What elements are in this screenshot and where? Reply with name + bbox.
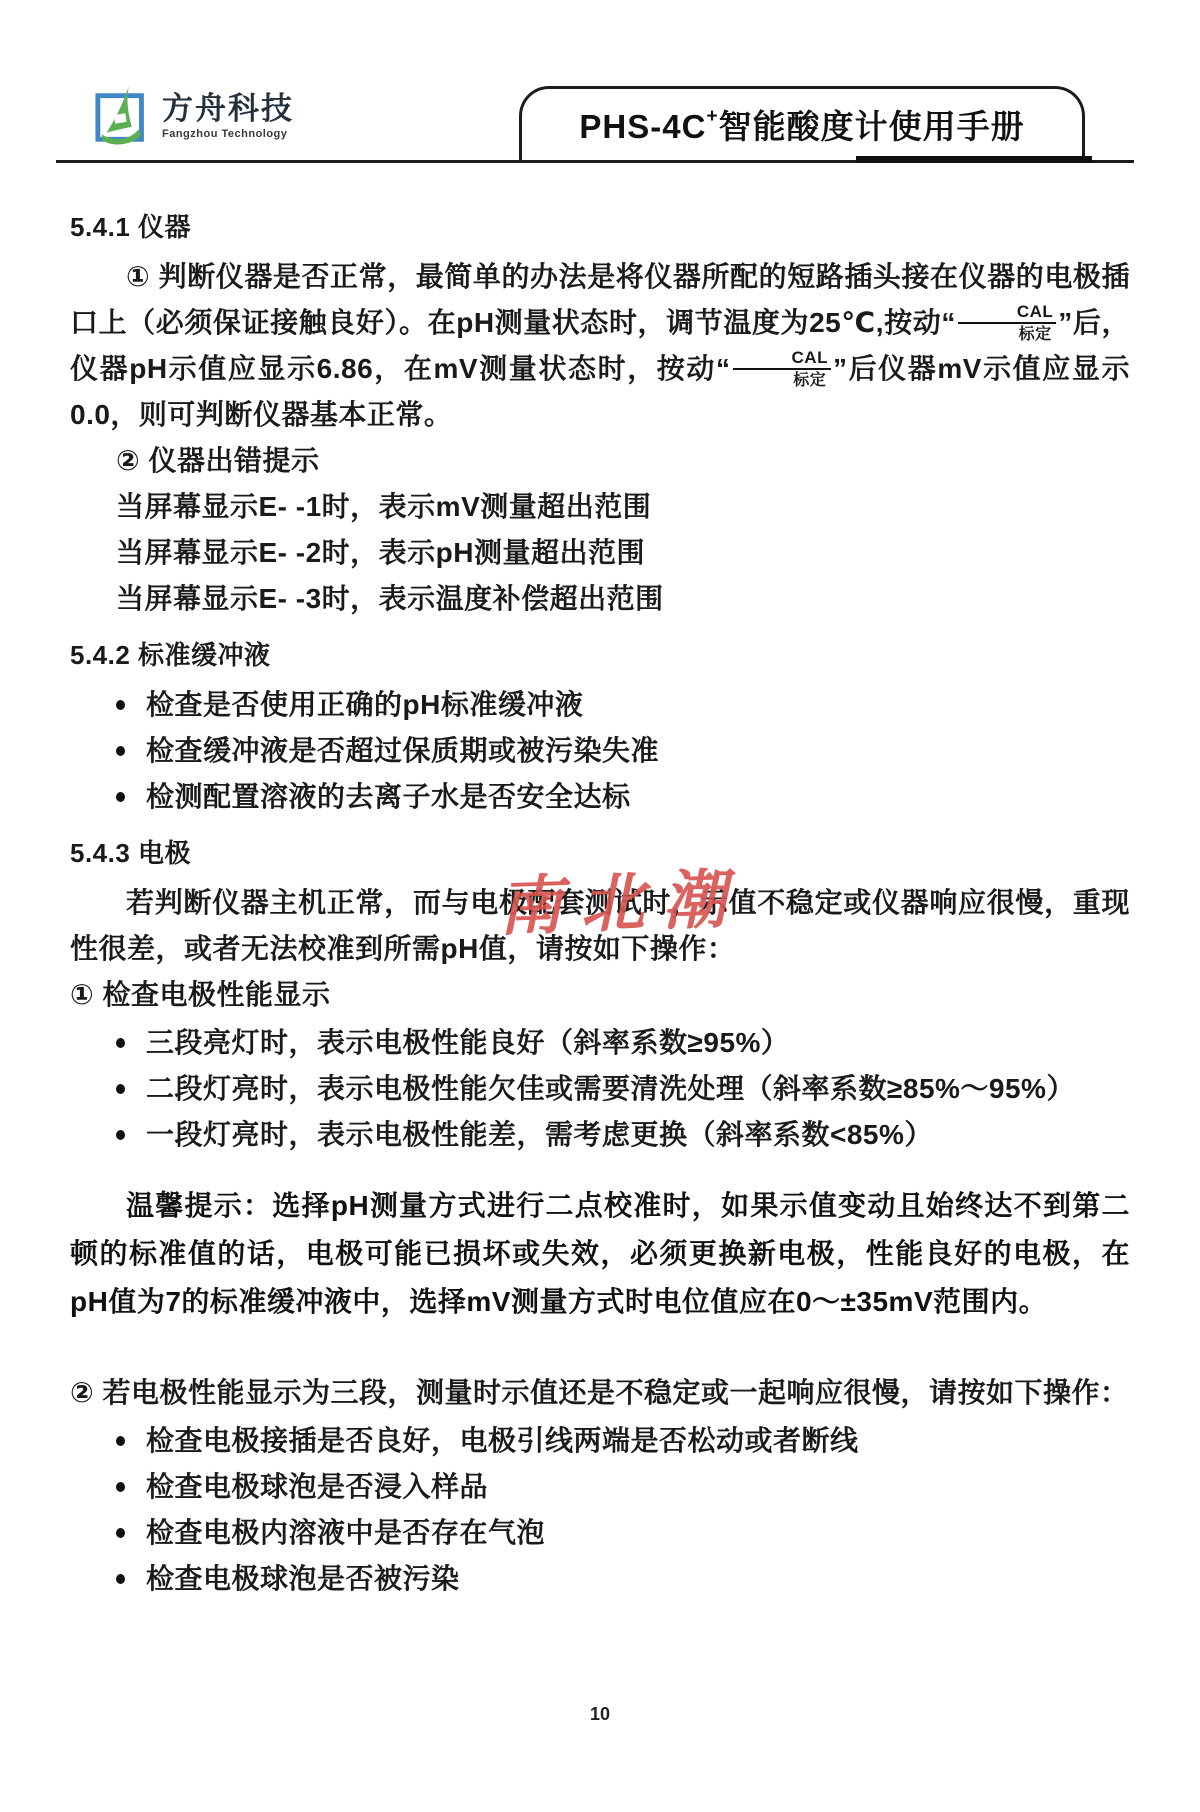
cal-key-fraction: CAL标定 [958, 302, 1056, 344]
manual-title: PHS-4C+智能酸度计使用手册 [579, 101, 1024, 148]
sailboat-logo-icon [94, 84, 156, 150]
header-divider-thick-segment [856, 156, 1092, 163]
cal-key-top-label: CAL [733, 348, 831, 370]
error-hint-line: 当屏幕显示E- -1时，表示mV测量超出范围 [116, 484, 1130, 530]
electrode-performance-list: 三段亮灯时，表示电极性能良好（斜率系数≥95%） 二段灯亮时，表示电极性能欠佳或… [114, 1020, 1130, 1158]
cal-key-bottom-label: 标定 [963, 324, 1052, 344]
brand-subtitle: Fangzhou Technology [162, 128, 294, 140]
document-body: 5.4.1 仪器 ① 判断仪器是否正常，最简单的办法是将仪器所配的短路插头接在仪… [70, 204, 1130, 1602]
error-hints-title: ② 仪器出错提示 [116, 438, 1130, 484]
error-hint-line: 当屏幕显示E- -3时，表示温度补偿超出范围 [116, 576, 1130, 622]
instrument-paragraph: ① 判断仪器是否正常，最简单的办法是将仪器所配的短路插头接在仪器的电极插口上（必… [70, 254, 1130, 438]
section-heading-5-4-3: 5.4.3 电极 [70, 830, 1130, 876]
list-item: 检查电极球泡是否浸入样品 [114, 1464, 1130, 1510]
error-hints-block: ② 仪器出错提示 当屏幕显示E- -1时，表示mV测量超出范围 当屏幕显示E- … [116, 438, 1130, 622]
list-item: 三段亮灯时，表示电极性能良好（斜率系数≥95%） [114, 1020, 1130, 1066]
list-item: 检查电极接插是否良好，电极引线两端是否松动或者断线 [114, 1418, 1130, 1464]
page-number: 10 [0, 1704, 1200, 1725]
brand-text: 方舟科技 Fangzhou Technology [162, 92, 294, 140]
manual-title-superscript: + [706, 106, 718, 127]
cal-key-bottom-label: 标定 [737, 370, 826, 390]
list-item: 检查电极球泡是否被污染 [114, 1556, 1130, 1602]
section-heading-5-4-2: 5.4.2 标准缓冲液 [70, 632, 1130, 678]
buffer-checklist: 检查是否使用正确的pH标准缓冲液 检查缓冲液是否超过保质期或被污染失准 检测配置… [114, 682, 1130, 820]
list-item: 检测配置溶液的去离子水是否安全达标 [114, 774, 1130, 820]
step2-paragraph: ② 若电极性能显示为三段，测量时示值还是不稳定或一起响应很慢，请按如下操作： [70, 1370, 1130, 1416]
warm-tip-paragraph: 温馨提示：选择pH测量方式进行二点校准时，如果示值变动且始终达不到第二顿的标准值… [70, 1182, 1130, 1326]
list-item: 检查电极内溶液中是否存在气泡 [114, 1510, 1130, 1556]
cal-key-top-label: CAL [958, 302, 1056, 324]
list-item: 二段灯亮时，表示电极性能欠佳或需要清洗处理（斜率系数≥85%～95%） [114, 1066, 1130, 1112]
section-heading-5-4-1: 5.4.1 仪器 [70, 204, 1130, 250]
electrode-paragraph: 若判断仪器主机正常，而与电极配套测试时，示值不稳定或仪器响应很慢，重现性很差，或… [70, 880, 1130, 972]
electrode-checklist: 检查电极接插是否良好，电极引线两端是否松动或者断线 检查电极球泡是否浸入样品 检… [114, 1418, 1130, 1602]
list-item: 检查缓冲液是否超过保质期或被污染失准 [114, 728, 1130, 774]
cal-key-fraction: CAL标定 [733, 348, 831, 390]
brand-name: 方舟科技 [162, 92, 294, 126]
manual-title-tab: PHS-4C+智能酸度计使用手册 [519, 86, 1085, 160]
manual-title-rest: 智能酸度计使用手册 [719, 108, 1025, 145]
company-logo: 方舟科技 Fangzhou Technology [94, 84, 294, 150]
error-hint-line: 当屏幕显示E- -2时，表示pH测量超出范围 [116, 530, 1130, 576]
list-item: 一段灯亮时，表示电极性能差，需考虑更换（斜率系数<85%） [114, 1112, 1130, 1158]
electrode-performance-title: ① 检查电极性能显示 [70, 972, 1130, 1018]
manual-page: 方舟科技 Fangzhou Technology PHS-4C+智能酸度计使用手… [0, 0, 1200, 1812]
manual-title-model: PHS-4C [579, 108, 706, 145]
list-item: 检查是否使用正确的pH标准缓冲液 [114, 682, 1130, 728]
